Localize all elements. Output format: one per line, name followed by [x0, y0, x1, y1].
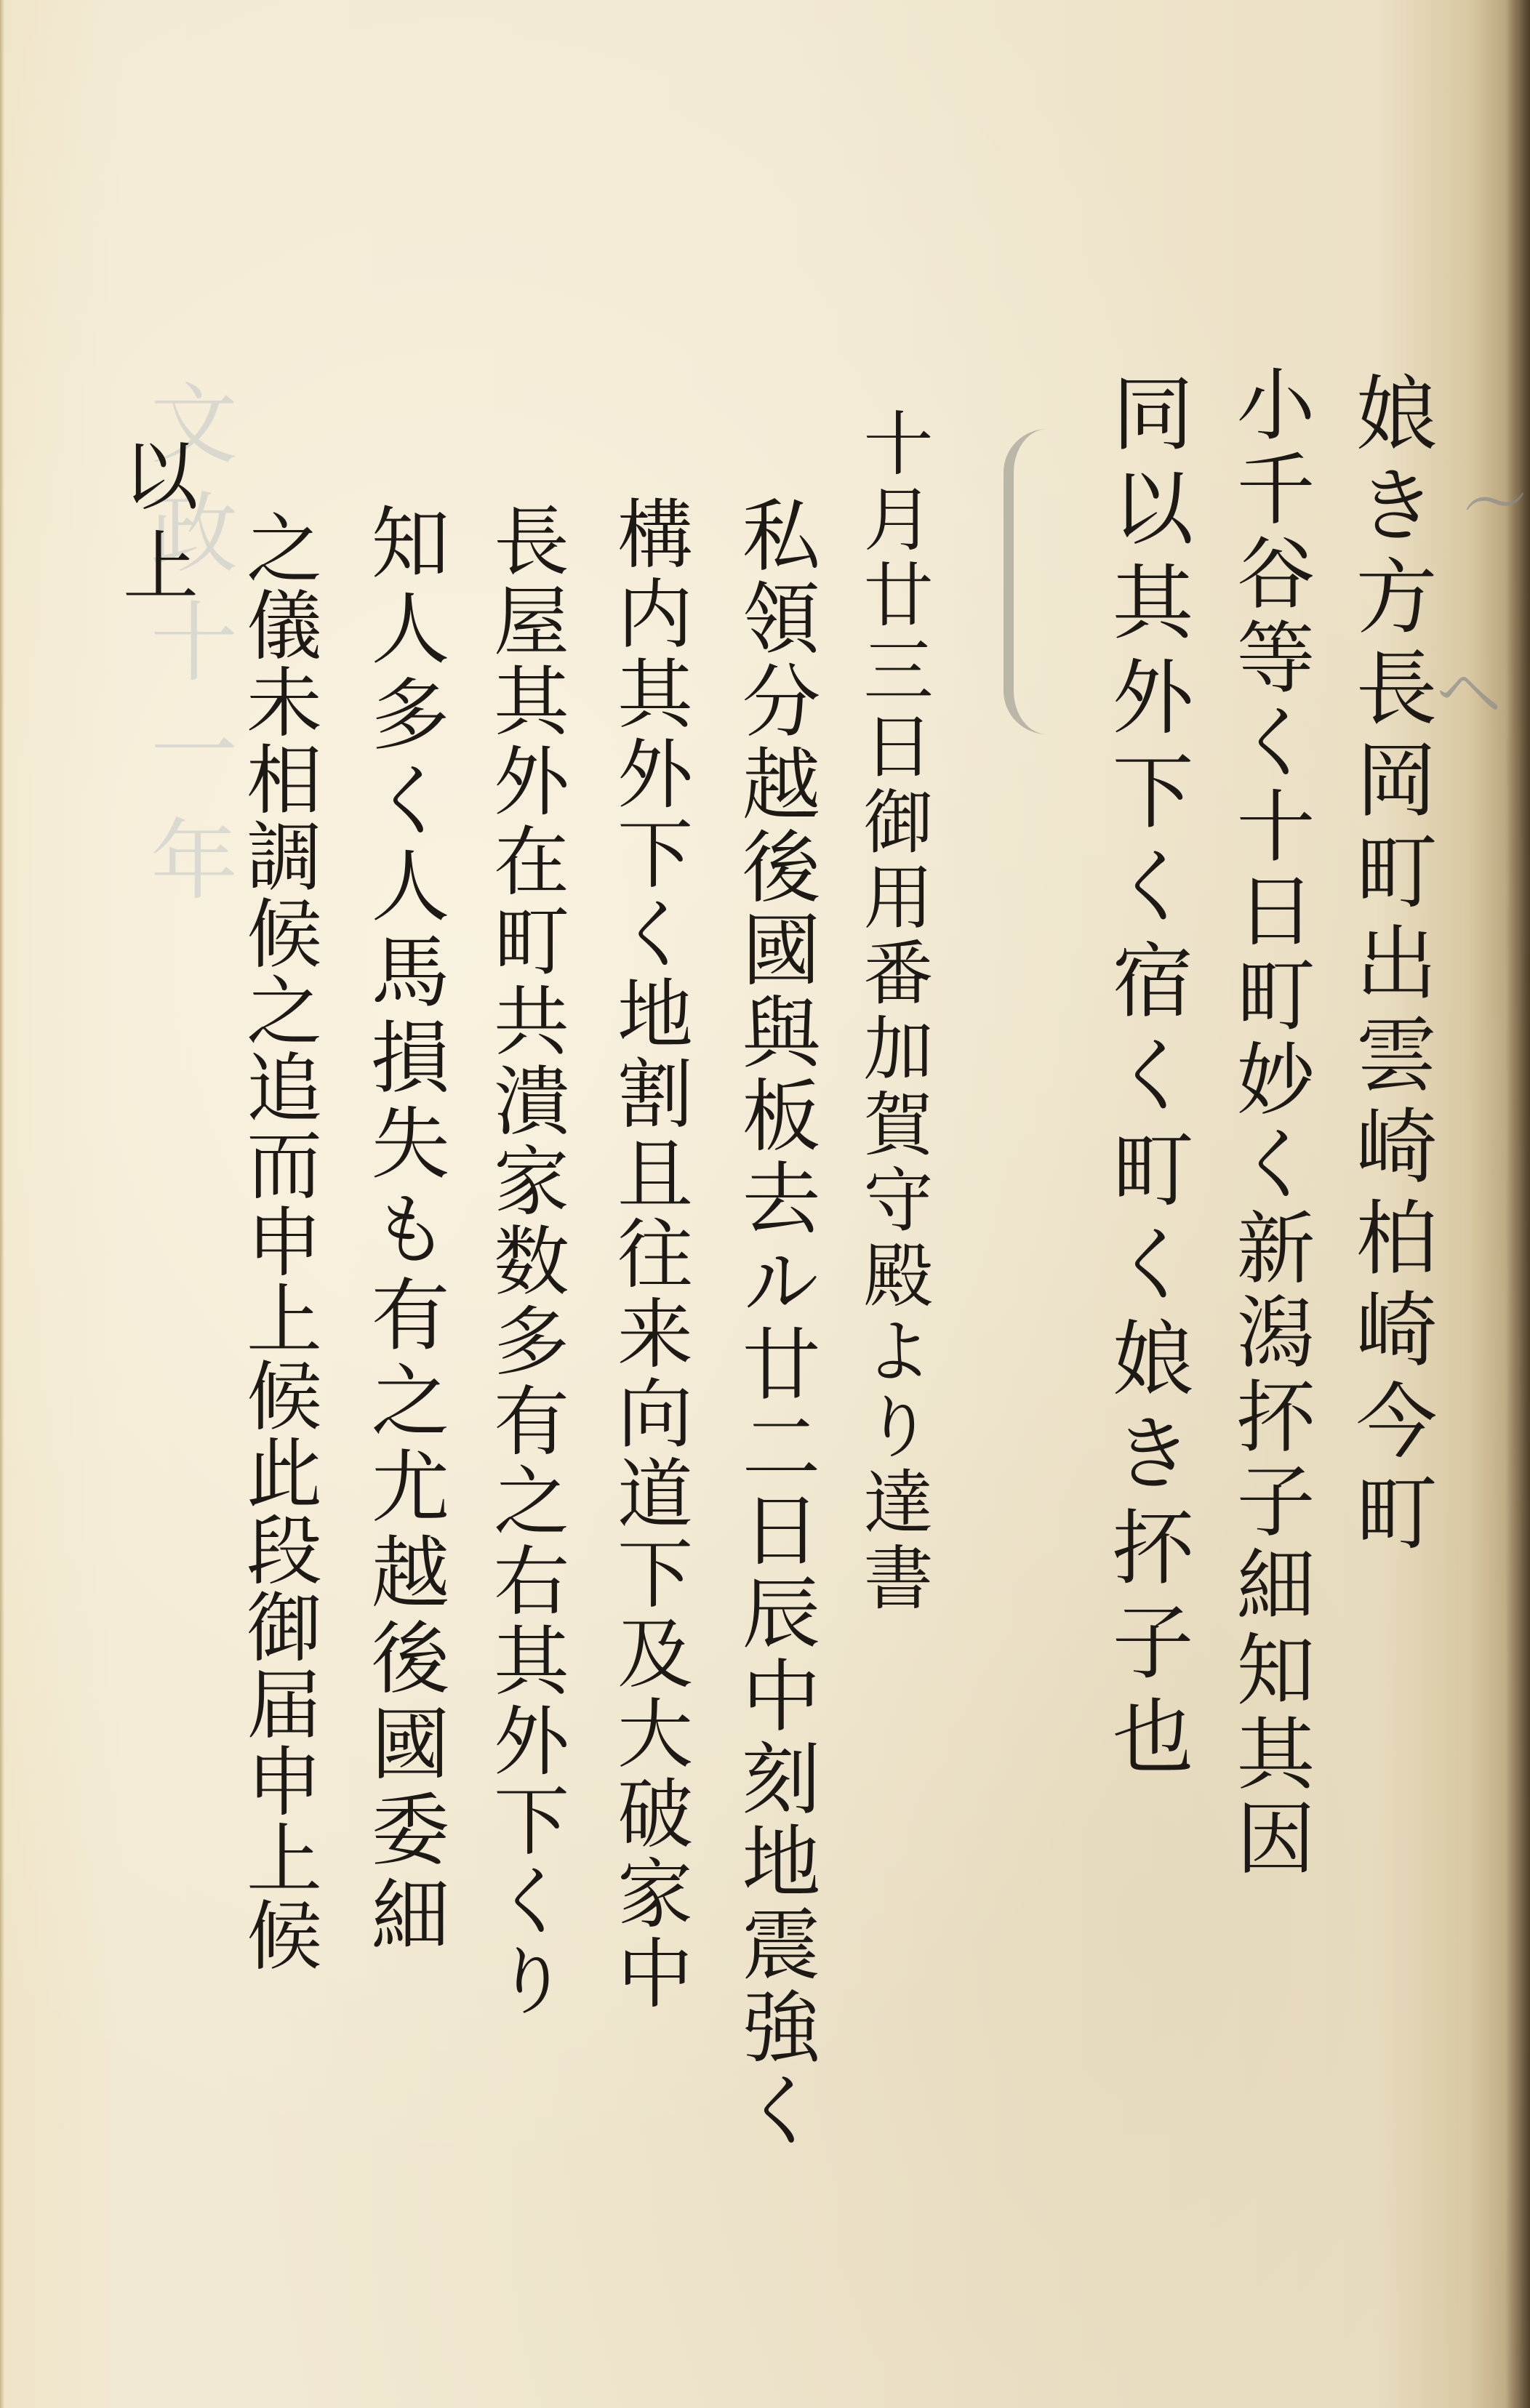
text-column-9: 之儀未相調候之追而申上候此段御届申上候 [240, 509, 316, 1973]
text-column-8: 知人多く人馬損失も有之尤越後國委細 [364, 502, 442, 1960]
text-column-3: 同以其外下く宿く町く娘き抔子也 [1105, 371, 1187, 1789]
margin-mark-squiggle: 〜 [1454, 446, 1530, 550]
margin-mark-hook: ヘ [1436, 640, 1502, 734]
binding-spine-shadow [1505, 0, 1530, 2408]
text-column-4-date-heading: 十月廿三日御用番加賀守殿より達書 [858, 407, 928, 1617]
page-left-edge [0, 0, 4, 2408]
text-column-7: 長屋其外在町共潰家数多有之右其外下くり [487, 502, 563, 2021]
text-column-2: 小千谷等く十日町妙く新潟抔子細知其因 [1229, 364, 1307, 1882]
text-column-5: 私領分越後國與板去ル廿二日辰中刻地震強く [734, 494, 813, 2152]
text-column-10-closing: 以上 [116, 436, 192, 617]
manuscript-page: 文政十一年 〜 ヘ 娘き方長岡町出雲崎柏崎今町 小千谷等く十日町妙く新潟抔子細知… [0, 0, 1530, 2408]
text-column-1: 娘き方長岡町出雲崎柏崎今町 [1349, 371, 1430, 1562]
text-column-6: 構内其外下く地割且往来向道下及大破家中 [611, 494, 686, 2014]
bracket-stain-mark [1004, 429, 1065, 734]
